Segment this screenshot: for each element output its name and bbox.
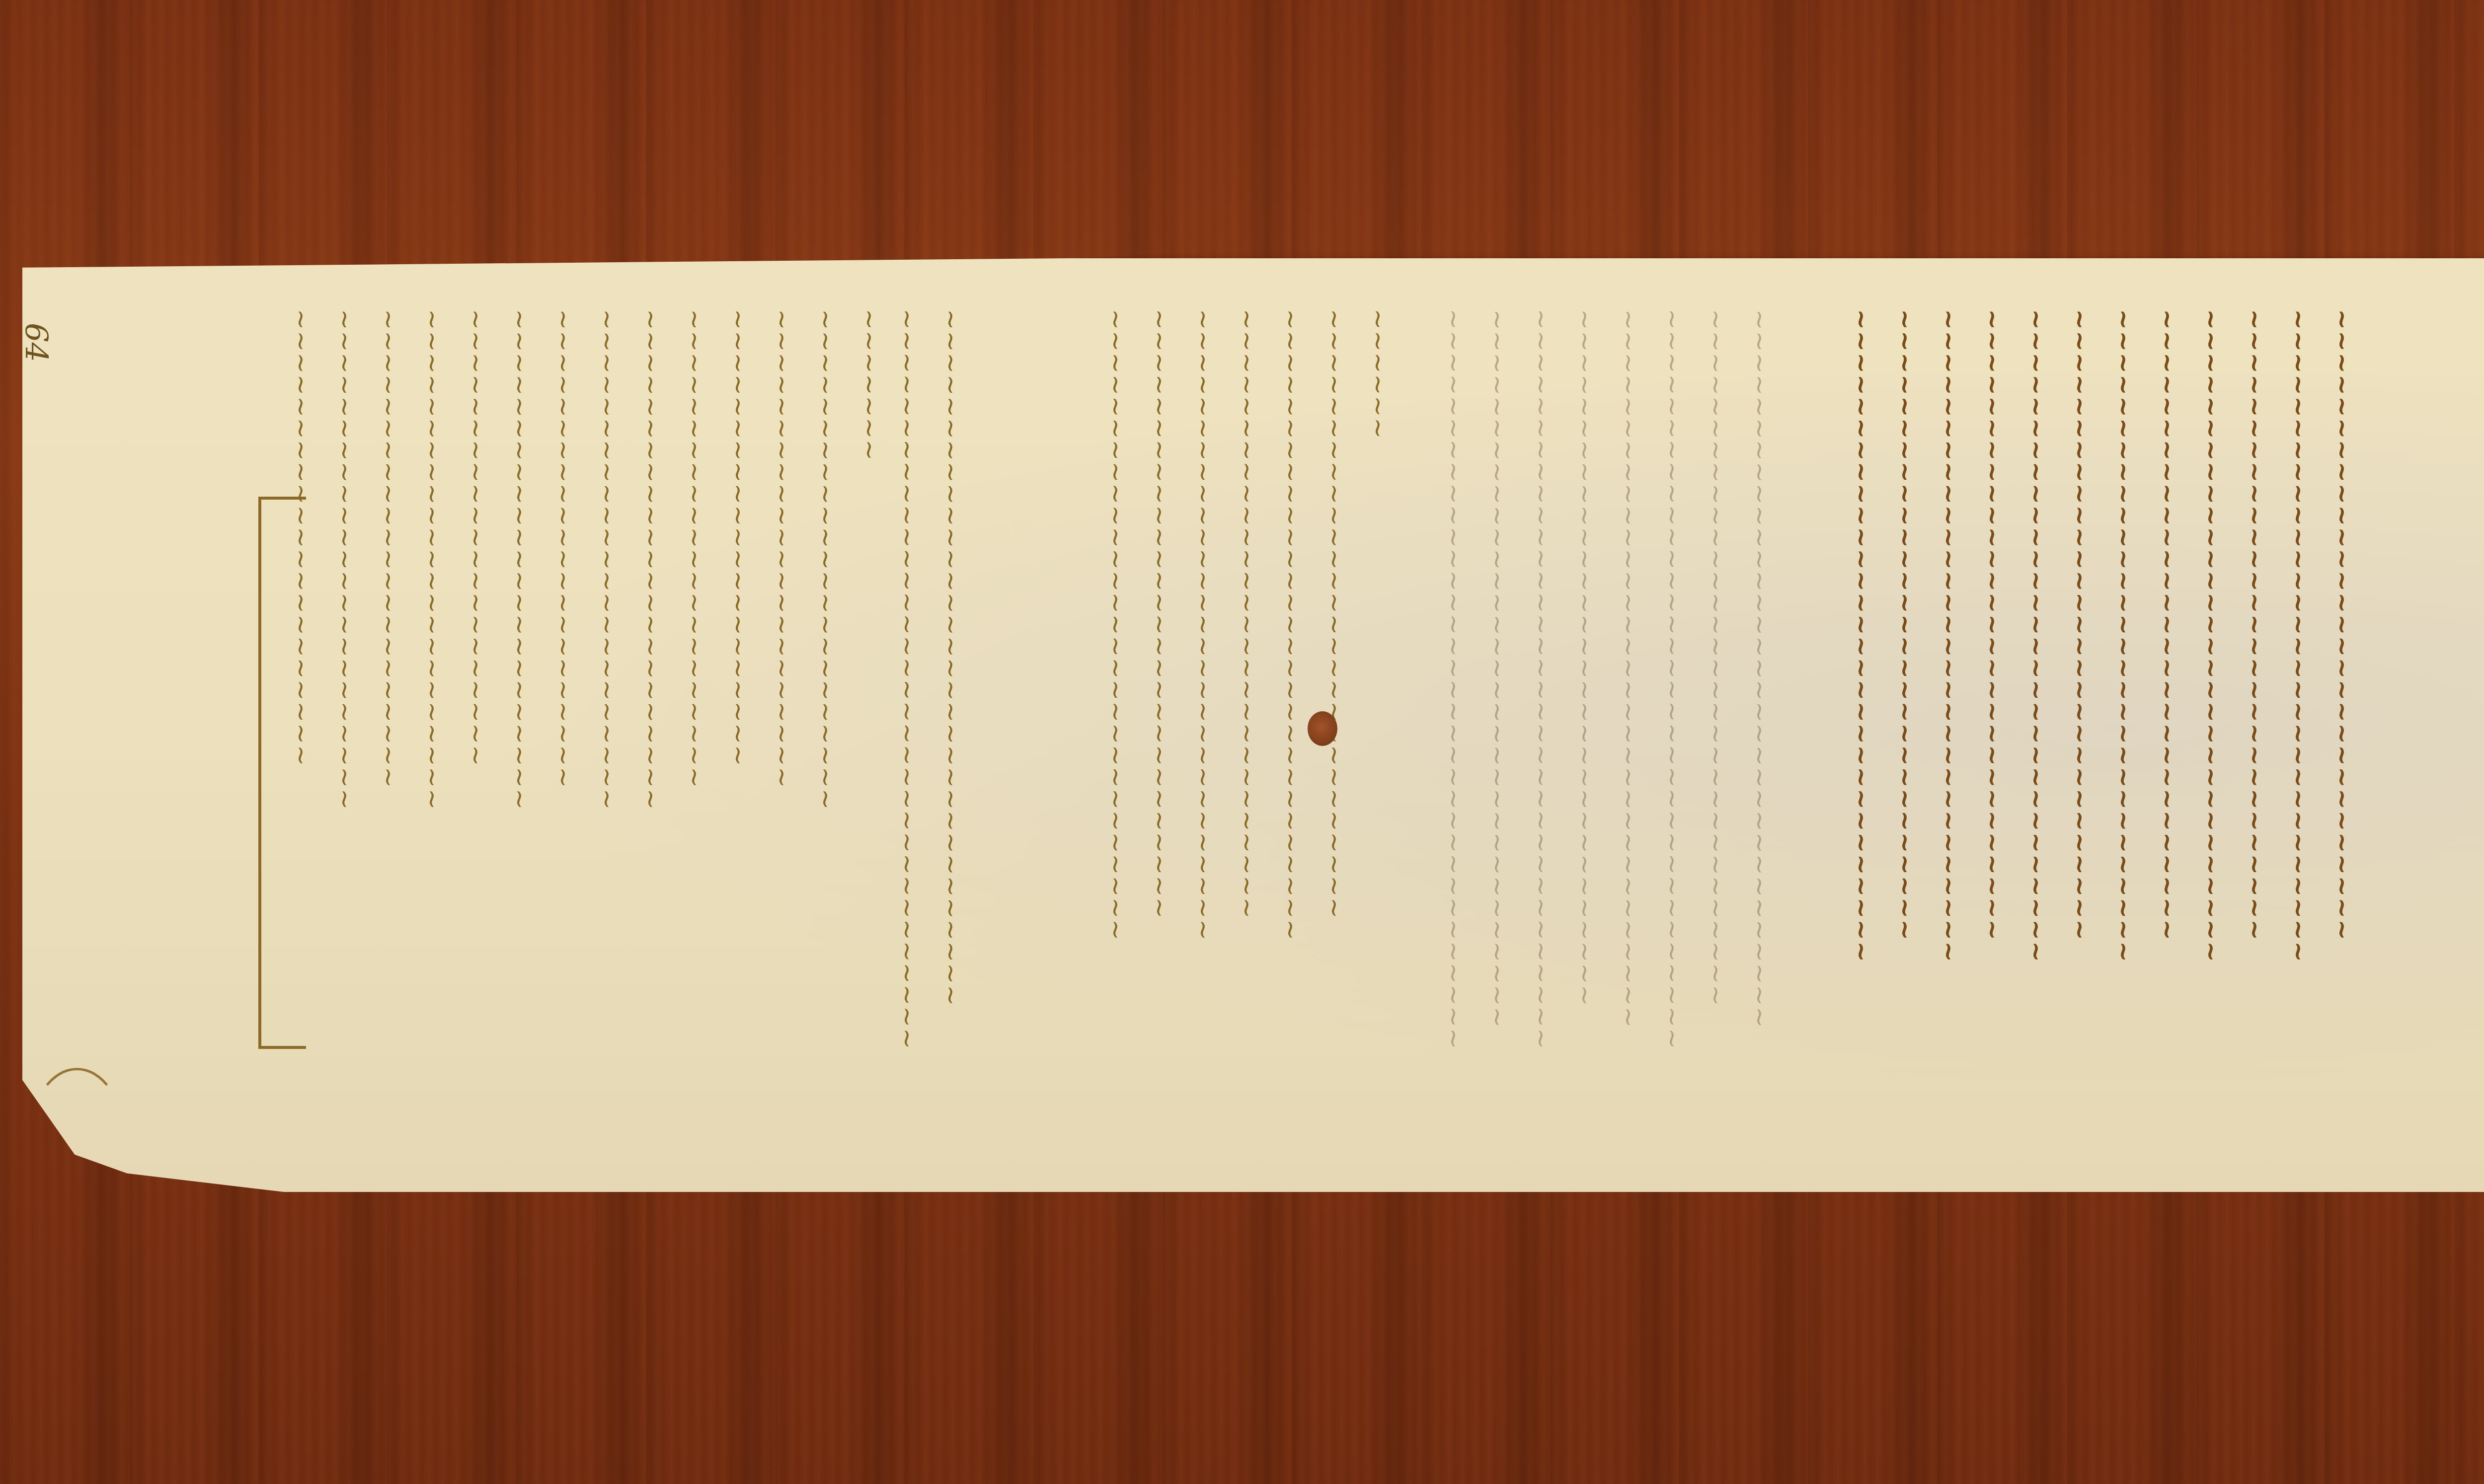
manuscript-line: ~~~~~~~ — [847, 308, 890, 1182]
manuscript-line: ~~~~~~~~~~~~~~~~~~~~~ — [453, 308, 497, 1182]
manuscript-line: ~~~~~~~~~~~~~~~~~~~~~~~~~~~~~~ — [2013, 308, 2057, 1182]
manuscript-line: ~~~~~~~~~~~~~~~~~~~~~~~ — [803, 308, 847, 1182]
manuscript-line: ~~~~~~~~~~~~~~~~~~~~~~~~~~~~~~~~~~ — [884, 308, 928, 1182]
manuscript-line: ~~~~~~~~~~~~~~~~~~~~~~~~~~~~~ — [2057, 308, 2100, 1182]
manuscript-line: ~~~~~~~~~~~~~~~~~~~~~~~~~~~~~ — [1093, 308, 1137, 1182]
manuscript-line: ~~~~~~~~~~~~~~~~~~~~~~ — [759, 308, 803, 1182]
manuscript-line: ~~~~~~~~~~~~~~~~~~~~~~~~~~~~~~ — [2275, 308, 2319, 1182]
manuscript-line: ~~~~~~~~~~~~~~~~~~~~~~~~~~~~~ — [1268, 308, 1312, 1182]
manuscript-line: ~~~~~~~~~~~~~~~~~~~~~~~~~~~~~ — [1180, 308, 1224, 1182]
manuscript-line: ~~~~~~~~~~~~~~~~~~~~~~~~~~~~~ — [1969, 308, 2013, 1182]
manuscript-line: ~~~~~~~~~~~~~~~~~~~~~~~ — [322, 308, 366, 1182]
folio-number: 64 — [18, 323, 55, 362]
manuscript-line: ~~~~~~~~~~~~~~~~~~~~~~~~~~~~~~ — [2188, 308, 2232, 1182]
manuscript-line: ~~~~~~~~~~~~~~~~~~~~~~~~~~~~~~ — [1838, 308, 1882, 1182]
manuscript-line: ~~~~~~~~~~~~~~~~~~~~~~~~~~~~~~~~~ — [1606, 308, 1649, 1182]
manuscript-line: ~~~~~~~~~~~~~~~~~~~~~~~ — [497, 308, 541, 1182]
initial-flourish — [30, 1068, 124, 1202]
manuscript-line: ~~~~~~~~~~~~~~~~~~~~~~~~~~~~~~~~ — [928, 308, 972, 1182]
manuscript-line: ~~~~~~~~~~~~~~~~~~~~~ — [278, 308, 322, 1182]
manuscript-line: ~~~~~~~~~~~~~~~~~~~~~~~~~~~~~~~~~~ — [1649, 308, 1693, 1182]
manuscript-line: ~~~~~~~~~~~~~~~~~~~~~~~ — [409, 308, 453, 1182]
manuscript-line: ~~~~~~ — [1355, 308, 1399, 1182]
manuscript-line: ~~~~~~~~~~~~~~~~~~~~~~~~~~~~~~~~ — [1693, 308, 1737, 1182]
manuscript-line: ~~~~~~~~~~~~~~~~~~~~~~ — [541, 308, 584, 1182]
manuscript-line: ~~~~~~~~~~~~~~~~~~~~~~~~~~~~~ — [1882, 308, 1926, 1182]
manuscript-line: ~~~~~~~~~~~~~~~~~~~~~~~~~~~~~~~~~~ — [1518, 308, 1562, 1182]
manuscript-line: ~~~~~~~~~~~~~~~~~~~~~~~~~~~~~ — [2144, 308, 2188, 1182]
manuscript-line: ~~~~~~~~~~~~~~~~~~~~~ — [715, 308, 759, 1182]
manuscript-line: ~~~~~~~~~~~~~~~~~~~~~~~~~~~~ — [1224, 308, 1268, 1182]
manuscript-line: ~~~~~~~~~~~~~~~~~~~~~~ — [366, 308, 409, 1182]
text-column-middle: ~~~~~~~~~~~~~~~~~~~~~~~~~~~~~ ~~~~~~~~~~… — [1093, 308, 1411, 1182]
manuscript-line: ~~~~~~~~~~~~~~~~~~~~~~~~~~~~~ — [2232, 308, 2275, 1182]
manuscript-line: ~~~~~~~~~~~~~~~~~~~~~~~~~~~~~~ — [1926, 308, 1969, 1182]
manuscript-line: ~~~~~~~~~~~~~~~~~~~~~~~~~~~~~~~~~ — [1475, 308, 1518, 1182]
manuscript-line: ~~~~~~~~~~~~~~~~~~~~~~~ — [628, 308, 672, 1182]
manuscript-line: ~~~~~~~~~~~~~~~~~~~~~~~~~~~~~ — [2319, 308, 2363, 1182]
manuscript-line: ~~~~~~~~~~~~~~~~~~~~~~~~~~~~~~~~ — [1562, 308, 1606, 1182]
manuscript-line: ~~~~~~~~~~~~~~~~~~~~~~~~~~~~ — [1137, 308, 1180, 1182]
text-column-right: ~~~~~~~~~~~~~~~~~~~~~~~~~~~~~~ ~~~~~~~~~… — [1838, 308, 2385, 1182]
manuscript-line: ~~~~~~~~~~~~~~~~~~~~~~~ — [584, 308, 628, 1182]
paper-hole — [1308, 711, 1337, 746]
manuscript-line: ~~~~~~~~~~~~~~~~~~~~~~~~~~~~~~ — [2100, 308, 2144, 1182]
text-column-left: ~~~~~~~~~~~~~~~~~~~~~ ~~~~~~~~~~~~~~~~~~… — [278, 308, 899, 1182]
manuscript-line: ~~~~~~~~~~~~~~~~~~~~~~~~~~~~~~~~~~ — [1431, 308, 1475, 1182]
text-column-middle-left: ~~~~~~~~~~~~~~~~~~~~~~~~~~~~~~~~~~ ~~~~~… — [884, 308, 984, 1182]
manuscript-line: ~~~~~~~~~~~~~~~~~~~~~~ — [672, 308, 715, 1182]
text-column-faded: ~~~~~~~~~~~~~~~~~~~~~~~~~~~~~~~~~~ ~~~~~… — [1431, 308, 1798, 1182]
manuscript-line: ~~~~~~~~~~~~~~~~~~~~~~~~~~~~~~~~~ — [1737, 308, 1781, 1182]
